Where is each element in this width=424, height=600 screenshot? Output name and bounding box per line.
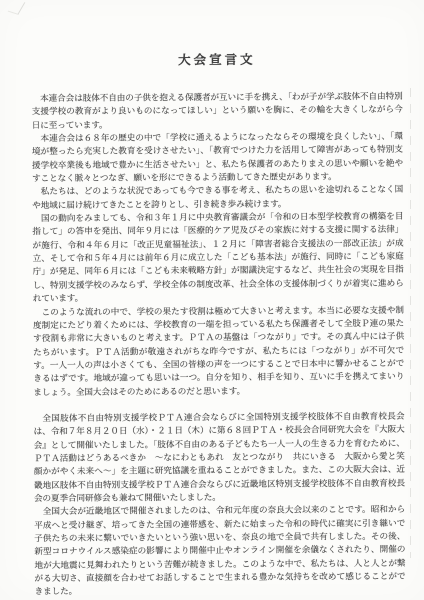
paragraph-pride: 私たちは、どのような状況であっても今できる事を考え、私たちの思いを途切れることな… [32, 183, 403, 212]
paragraph-kinki-history: 全国大会が近畿地区で開催されましたのは、令和元年度の奈良大会以来のことです。昭和… [34, 503, 406, 599]
document-title: 大会宣言文 [31, 49, 402, 69]
paragraph-history: 本連合会は６８年の歴史の中で「学校に通えるようになったならその環境を良くしたい」… [32, 130, 403, 186]
paragraph-intro: 本連合会は肢体不自由の子供を抱える保護者が互いに手を携え、「わが子が学ぶ肢体不自… [32, 90, 403, 132]
pencil-mark-artifact [8, 0, 26, 15]
scanned-document-page: 大会宣言文 本連合会は肢体不自由の子供を抱える保護者が互いに手を携え、「わが子が… [0, 0, 424, 600]
document-content: 大会宣言文 本連合会は肢体不自由の子供を抱える保護者が互いに手を携え、「わが子が… [31, 0, 406, 599]
document-body: 本連合会は肢体不自由の子供を抱える保護者が互いに手を携え、「わが子が学ぶ肢体不自… [32, 90, 406, 599]
paragraph-pta-role: このような流れの中で、学校の果たす役割は極めて大きいと考えます。本当に必要な支援… [33, 303, 405, 399]
paragraph-national-trends: 国の動向をみましても、令和３年１月に中央教育審議会が「令和の日本型学校教育の構築… [32, 210, 404, 306]
paragraph-osaka-taikai: 全国肢体不自由特別支援学校ＰＴＡ連合会ならびに全国特別支援学校肢体不自由教育校長… [34, 410, 406, 506]
scan-edge-line-artifact [410, 88, 411, 558]
